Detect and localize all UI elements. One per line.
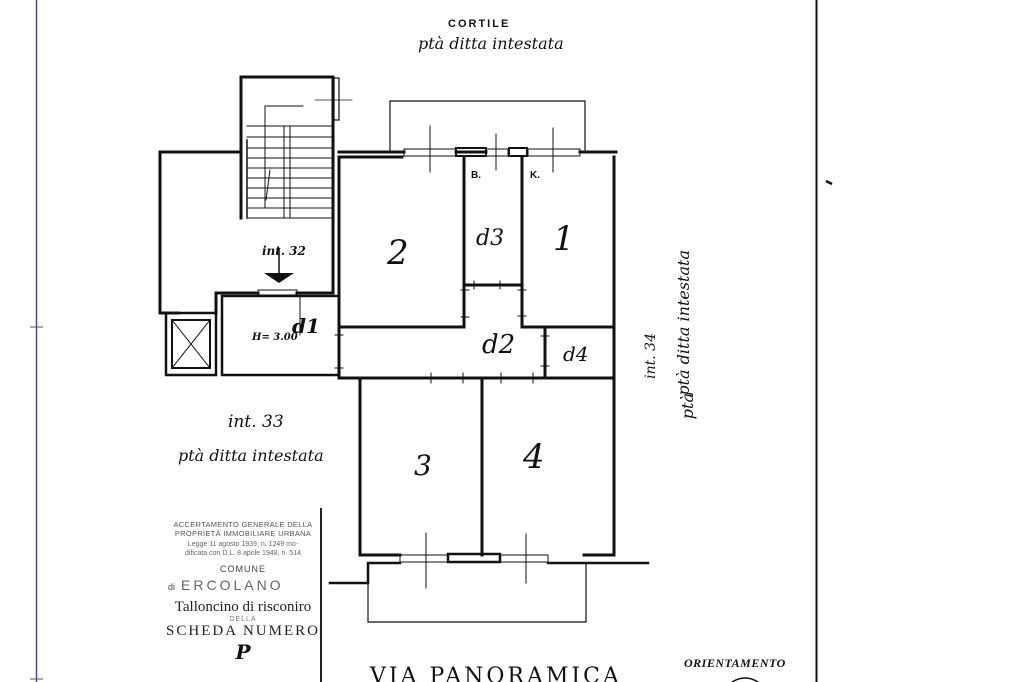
stamp-scheda-number: P	[166, 640, 320, 664]
int34-number: int. 34	[643, 333, 659, 379]
room-d4: d4	[563, 344, 589, 364]
room-1: 1	[553, 222, 575, 256]
room-d1: d1	[292, 316, 320, 336]
left-margin-line	[30, 0, 43, 682]
stamp-scheda: SCHEDA NUMERO	[166, 623, 320, 640]
room-2: 2	[387, 236, 409, 270]
kitchen-label: K.	[530, 170, 540, 181]
int33-owner: ptà ditta intestata	[178, 446, 324, 465]
stairwell	[241, 77, 352, 218]
stamp-law-2: dificata con D.L. 8 aprile 1948, n. 514	[166, 549, 320, 558]
stamp-comune-prefix: di	[168, 582, 175, 592]
north-windows	[404, 126, 580, 172]
stamp-header-1: ACCERTAMENTO GENERALE DELLA	[166, 520, 320, 529]
stamp-title: Talloncino di risconiro	[166, 599, 320, 616]
orientation-label: ORIENTAMENTO	[684, 656, 786, 671]
stamp-comune-label: COMUNE	[166, 564, 320, 574]
compass-icon	[730, 674, 760, 682]
north-balcony	[390, 101, 585, 150]
stamp-header-2: PROPRIETÀ IMMOBILIARE URBANA	[166, 529, 320, 538]
stamp-comune-row: diERCOLANO	[166, 577, 320, 593]
room-d3: d3	[476, 228, 504, 250]
stamp-law-1: Legge 11 agosto 1939, n. 1249 mo-	[166, 540, 320, 549]
int33-number: int. 33	[228, 412, 284, 432]
int32-label: int. 32	[262, 244, 306, 258]
room-d2: d2	[482, 332, 515, 358]
elevator	[166, 313, 216, 375]
cadastral-stamp: ACCERTAMENTO GENERALE DELLA PROPRIETÀ IM…	[166, 508, 322, 682]
height-note: H= 3.00	[252, 332, 298, 343]
south-street-wall	[330, 563, 400, 583]
street-label: VIA PANORAMICA	[370, 664, 622, 682]
stamp-comune-value: ERCOLANO	[181, 577, 284, 593]
south-windows	[400, 533, 548, 588]
courtyard-owner: ptà ditta intestata	[418, 34, 564, 53]
courtyard-title: CORTILE	[448, 18, 510, 30]
room-3: 3	[414, 452, 432, 480]
south-balcony	[368, 563, 586, 622]
stamp-della: DELLA	[166, 616, 320, 623]
int34-extra: ptà	[678, 393, 697, 419]
ink-mark	[826, 181, 832, 184]
room-4: 4	[523, 440, 545, 474]
int34-owner: ptà ditta intestata	[674, 250, 693, 396]
bath-label: B.	[471, 170, 481, 181]
